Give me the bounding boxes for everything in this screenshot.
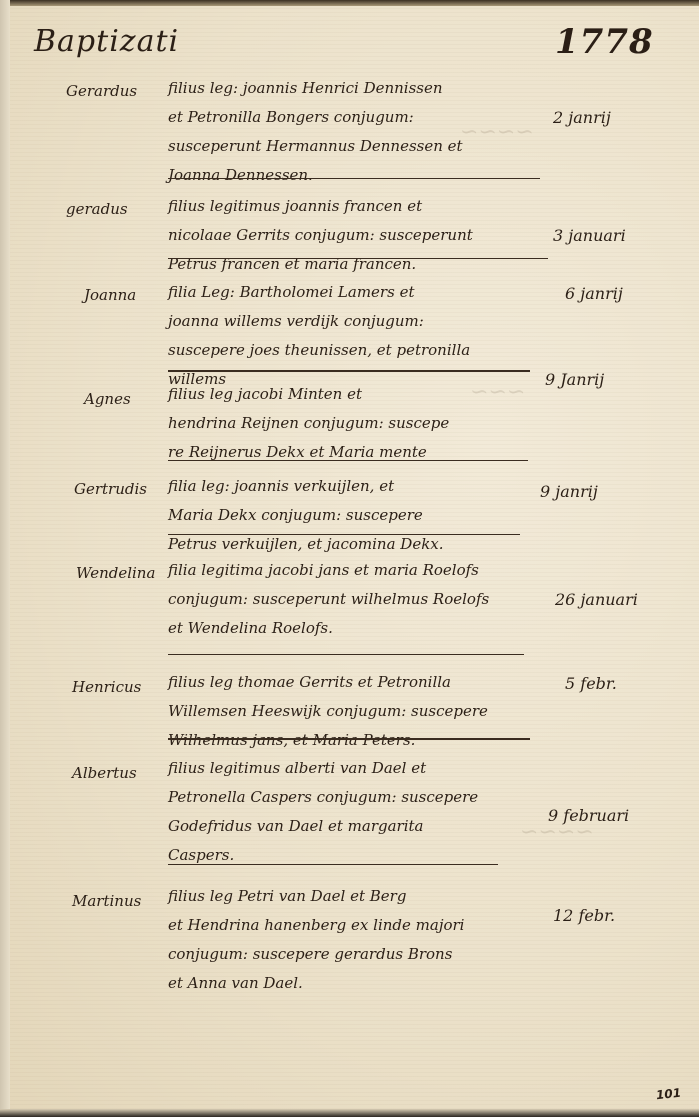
child-name: Martinus [72,892,141,910]
entry-text: filia Leg: Bartholomei Lamers et joanna … [168,278,553,394]
entry-line: susceperunt Hermannus Dennessen et [168,132,553,161]
entry-line: filius leg: joannis Henrici Dennissen [168,74,553,103]
entry-line: filia leg: joannis verkuijlen, et [168,472,553,501]
entry-divider [168,258,548,259]
entry-line: suscepere joes theunissen, et petronilla [168,336,553,365]
entry-line: Joanna Dennessen. [168,161,553,190]
child-name: Albertus [72,764,137,782]
register-heading: Baptizati [34,24,179,59]
entry-line: filius legitimus joannis francen et [168,192,553,221]
entry-line: filia Leg: Bartholomei Lamers et [168,278,553,307]
entry-text: filius leg thomae Gerrits et Petronilla … [168,668,553,755]
register-page: ~~~~ ~~~ ~~~~ Baptizati 1778 Gerardus fi… [0,0,699,1117]
entry-line: joanna willems verdijk conjugum: [168,307,553,336]
entry-line: Willemsen Heeswijk conjugum: suscepere [168,697,553,726]
baptism-date: 3 januari [553,226,626,245]
register-year: 1778 [555,22,654,62]
entry-line: Godefridus van Dael et margarita [168,812,553,841]
child-name: Joanna [84,286,136,304]
entry-line: conjugum: suscepere gerardus Brons [168,940,553,969]
baptism-date: 5 febr. [565,674,617,693]
entry-text: filia leg: joannis verkuijlen, et Maria … [168,472,553,559]
baptism-date: 6 janrij [565,284,623,303]
entry-line: re Reijnerus Dekx et Maria mente [168,438,553,467]
child-name: Gertrudis [74,480,147,498]
baptism-date: 9 janrij [540,482,598,501]
entry-line: et Hendrina hanenberg ex linde majori [168,911,553,940]
entry-text: filius legitimus joannis francen et nico… [168,192,553,279]
entry-line: filia legitima jacobi jans et maria Roel… [168,556,553,585]
entry-text: filius leg: joannis Henrici Dennissen et… [168,74,553,190]
entry-divider [168,370,530,372]
entry-text: filius leg jacobi Minten et hendrina Rei… [168,380,553,467]
baptism-date: 12 febr. [553,906,615,925]
binding-edge [0,0,10,1117]
entry-divider [168,460,528,461]
child-name: Wendelina [76,564,155,582]
entry-line: Petronella Caspers conjugum: suscepere [168,783,553,812]
entry-line: et Wendelina Roelofs. [168,614,553,643]
entry-line: nicolaae Gerrits conjugum: susceperunt [168,221,553,250]
entry-line: et Petronilla Bongers conjugum: [168,103,553,132]
baptism-date: 9 februari [548,806,629,825]
page-bottom-edge [0,1109,699,1117]
folio-number: 101 [655,1086,681,1103]
entry-line: Petrus francen et maria francen. [168,250,553,279]
entry-divider [168,178,540,179]
baptism-date: 9 Janrij [545,370,604,389]
entry-line: et Anna van Dael. [168,969,553,998]
entry-line: hendrina Reijnen conjugum: suscepe [168,409,553,438]
entry-line: Maria Dekx conjugum: suscepere [168,501,553,530]
entry-text: filius legitimus alberti van Dael et Pet… [168,754,553,870]
baptism-date: 26 januari [555,590,638,609]
entry-divider [168,864,498,865]
entry-line: filius leg thomae Gerrits et Petronilla [168,668,553,697]
entry-line: conjugum: susceperunt wilhelmus Roelofs [168,585,553,614]
entry-divider [168,654,524,655]
child-name: geradus [66,200,128,218]
entry-divider [168,738,530,740]
entry-line: filius legitimus alberti van Dael et [168,754,553,783]
entry-text: filia legitima jacobi jans et maria Roel… [168,556,553,643]
entry-text: filius leg Petri van Dael et Berg et Hen… [168,882,553,998]
child-name: Agnes [84,390,131,408]
baptism-date: 2 janrij [553,108,611,127]
entry-line: filius leg Petri van Dael et Berg [168,882,553,911]
entry-line: filius leg jacobi Minten et [168,380,553,409]
child-name: Gerardus [66,82,137,100]
child-name: Henricus [72,678,141,696]
page-top-edge [0,0,699,6]
entry-line: Wilhelmus jans, et Maria Peters. [168,726,553,755]
entry-line: Caspers. [168,841,553,870]
entry-divider [168,534,520,535]
